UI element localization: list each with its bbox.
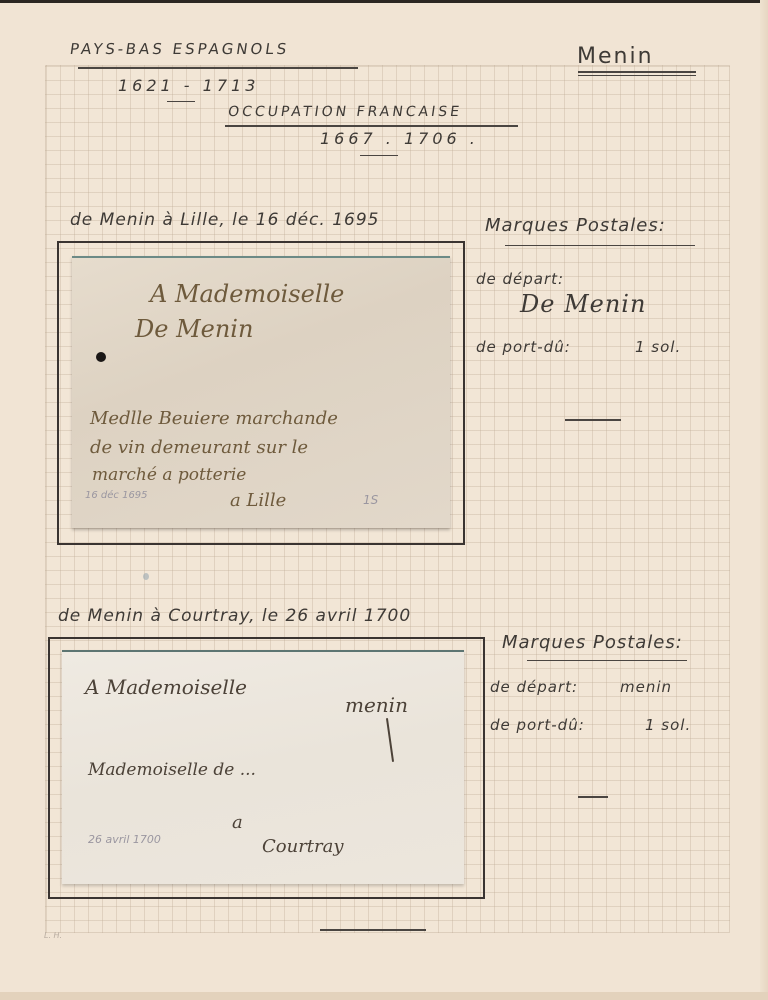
- scan-bottom-edge: [0, 992, 768, 1000]
- letter2-port-value: 1 sol.: [645, 716, 691, 734]
- letter1-depart-label: de départ:: [476, 270, 564, 288]
- letter1-address-line1: A Mademoiselle: [150, 280, 344, 308]
- letter1-marks-title: Marques Postales:: [485, 215, 666, 236]
- letter2-address-line2: Mademoiselle de ...: [88, 760, 256, 780]
- occupation-title-underline: [225, 125, 518, 127]
- letter2-depart-value: menin: [620, 678, 672, 696]
- letter2-postmark: menin: [345, 693, 408, 717]
- letter1-address-line5: marché a potterie: [92, 465, 246, 485]
- letter2-marks-underline: [527, 660, 687, 661]
- occupation-title: OCCUPATION FRANCAISE: [227, 104, 463, 120]
- region-title-underline: [78, 67, 358, 69]
- letter2-port-label: de port-dû:: [490, 716, 585, 734]
- letter2-depart-label: de départ:: [490, 678, 578, 696]
- letter1-rate-mark: 1S: [363, 493, 378, 507]
- stray-mark: [143, 573, 149, 580]
- wax-seal-icon: [96, 352, 106, 362]
- letter2-address-line3: a: [232, 812, 243, 833]
- page-end-separator: [320, 929, 426, 931]
- letter2-pencil-date: 26 avril 1700: [88, 833, 161, 846]
- scan-top-edge: [0, 0, 768, 3]
- town-underline-2: [578, 75, 696, 76]
- occupation-dates: 1667 . 1706 .: [320, 129, 479, 148]
- letter1-port-label: de port-dû:: [476, 338, 571, 356]
- footer-note: L. H.: [44, 931, 62, 940]
- occupation-dates-underline: [360, 155, 398, 156]
- letter2-address-line4: Courtray: [262, 836, 344, 857]
- region-dates: 1621 - 1713: [118, 76, 259, 95]
- letter1-port-value: 1 sol.: [635, 338, 681, 356]
- region-title: PAYS-BAS ESPAGNOLS: [69, 40, 291, 58]
- letter2-marks-title: Marques Postales:: [502, 632, 683, 653]
- letter1-address-line6: a Lille: [230, 490, 286, 511]
- letter1-address-line2: De Menin: [135, 315, 253, 343]
- letter1-separator: [565, 419, 621, 421]
- town-underline-1: [578, 71, 696, 73]
- letter1-depart-value: De Menin: [520, 290, 646, 318]
- scan-right-edge: [760, 0, 768, 1000]
- region-dates-underline: [167, 101, 195, 102]
- letter1-marks-underline: [505, 245, 695, 246]
- letter1-caption: de Menin à Lille, le 16 déc. 1695: [70, 210, 379, 230]
- town-title: Menin: [577, 44, 654, 69]
- letter1-address-line4: de vin demeurant sur le: [90, 437, 308, 458]
- letter2-address-line1: A Mademoiselle: [85, 675, 247, 699]
- letter1-pencil-date: 16 déc 1695: [85, 490, 148, 501]
- letter2-separator: [578, 796, 608, 798]
- letter1-address-line3: Medlle Beuiere marchande: [90, 408, 338, 429]
- letter2-caption: de Menin à Courtray, le 26 avril 1700: [58, 606, 411, 626]
